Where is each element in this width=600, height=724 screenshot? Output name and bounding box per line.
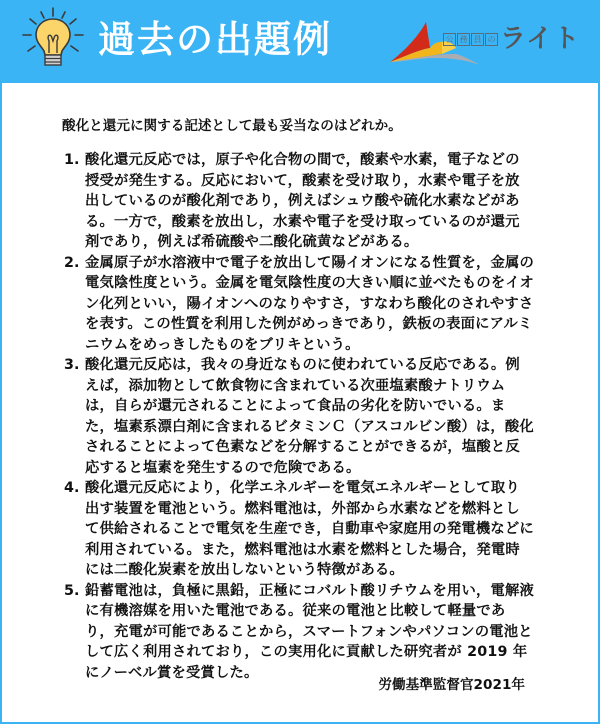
option-text: 酸化還元反応は，我々の身近なものに使われている反応である。例えば，添加物として飲… (85, 355, 534, 478)
answer-options: 1. 酸化還元反応では，原子や化合物の間で，酸素や水素，電子などの授受が発生する… (64, 150, 534, 683)
logo-subtitle: 公 務 員 の (443, 33, 498, 46)
lightbulb-icon (18, 5, 88, 71)
logo-brand: ライト (500, 22, 580, 56)
page-title: 過去の出題例 (98, 12, 332, 68)
option-text: 酸化還元反応により，化学エネルギーを電気エネルギーとして取り出す装置を電池という… (85, 478, 534, 581)
option-number: 2. (64, 253, 85, 356)
exam-source: 労働基準監督官2021年 (378, 673, 525, 693)
option-2: 2. 金属原子が水溶液中で電子を放出して陽イオンになる性質を，金属の電気陰性度と… (64, 253, 534, 356)
option-text: 鉛蓄電池は，負極に黒鉛，正極にコバルト酸リチウムを用い，電解液に有機溶媒を用いた… (85, 581, 534, 684)
option-number: 5. (64, 581, 85, 684)
option-1: 1. 酸化還元反応では，原子や化合物の間で，酸素や水素，電子などの授受が発生する… (64, 150, 534, 253)
header-banner: 過去の出題例 公 務 員 の ライト (0, 0, 600, 83)
option-number: 4. (64, 478, 85, 581)
option-number: 3. (64, 355, 85, 478)
option-text: 酸化還元反応では，原子や化合物の間で，酸素や水素，電子などの授受が発生する。反応… (85, 150, 534, 253)
option-4: 4. 酸化還元反応により，化学エネルギーを電気エネルギーとして取り出す装置を電池… (64, 478, 534, 581)
option-text: 金属原子が水溶液中で電子を放出して陽イオンになる性質を，金属の電気陰性度という。… (85, 253, 534, 356)
option-3: 3. 酸化還元反応は，我々の身近なものに使われている反応である。例えば，添加物と… (64, 355, 534, 478)
option-5: 5. 鉛蓄電池は，負極に黒鉛，正極にコバルト酸リチウムを用い，電解液に有機溶媒を… (64, 581, 534, 684)
option-number: 1. (64, 150, 85, 253)
question-text: 酸化と還元に関する記述として最も妥当なのはどれか。 (62, 114, 402, 134)
